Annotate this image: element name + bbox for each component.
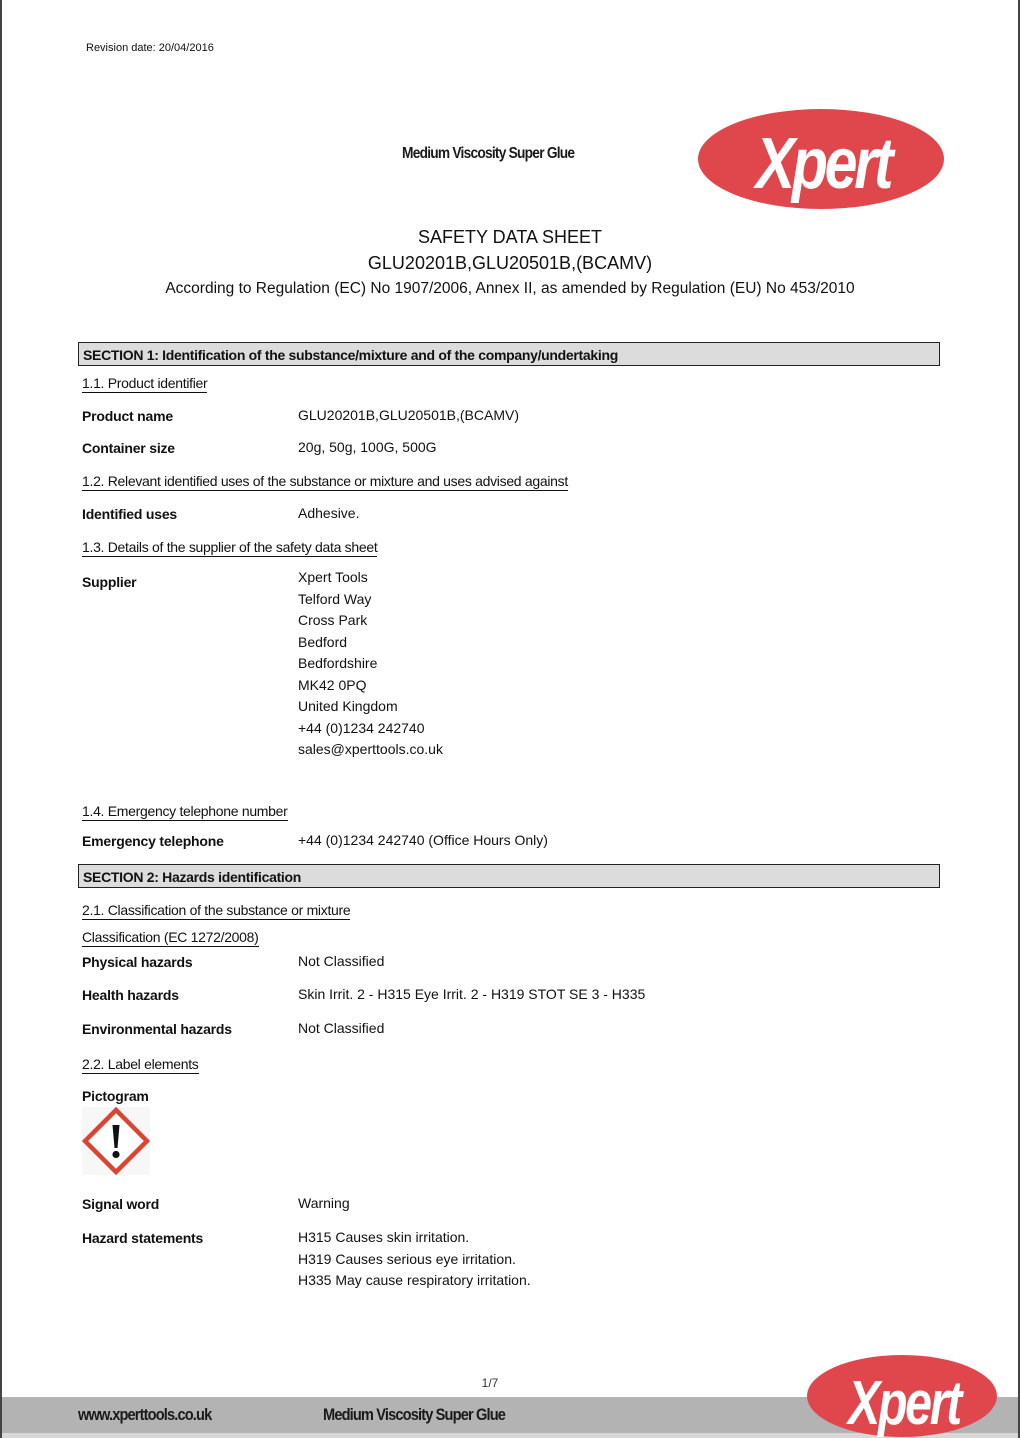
classification-heading: Classification (EC 1272/2008): [82, 929, 259, 947]
subsection-2-2-heading: 2.2. Label elements: [82, 1056, 199, 1074]
hazard-statements-list: H315 Causes skin irritation.H319 Causes …: [298, 1227, 531, 1292]
hazard-statement: H319 Causes serious eye irritation.: [298, 1249, 531, 1271]
subsection-2-1-heading: 2.1. Classification of the substance or …: [82, 902, 350, 920]
regulation-reference: According to Regulation (EC) No 1907/200…: [0, 280, 1020, 298]
footer-website-link[interactable]: www.xperttools.co.uk: [78, 1405, 211, 1425]
subsection-1-1-heading: 1.1. Product identifier: [82, 375, 207, 393]
supplier-address-line: +44 (0)1234 242740: [298, 718, 443, 740]
signal-word-label: Signal word: [82, 1196, 159, 1212]
pictogram-label: Pictogram: [82, 1088, 149, 1104]
supplier-address-line: MK42 0PQ: [298, 675, 443, 697]
footer-product-title: Medium Viscosity Super Glue: [323, 1405, 505, 1425]
page-border-left: [0, 0, 2, 1438]
identified-uses-value: Adhesive.: [298, 503, 359, 525]
supplier-address: Xpert ToolsTelford WayCross ParkBedfordB…: [298, 567, 443, 761]
supplier-address-line: Xpert Tools: [298, 567, 443, 589]
svg-text:Xpert: Xpert: [845, 1368, 964, 1437]
supplier-address-line: Bedfordshire: [298, 653, 443, 675]
emergency-telephone-value: +44 (0)1234 242740 (Office Hours Only): [298, 830, 548, 852]
identified-uses-label: Identified uses: [82, 506, 177, 522]
physical-hazards-label: Physical hazards: [82, 954, 192, 970]
hazard-statements-label: Hazard statements: [82, 1230, 203, 1246]
subsection-1-2-heading: 1.2. Relevant identified uses of the sub…: [82, 473, 568, 491]
supplier-address-line: Telford Way: [298, 589, 443, 611]
environmental-hazards-value: Not Classified: [298, 1018, 384, 1040]
product-codes: GLU20201B,GLU20501B,(BCAMV): [0, 253, 1020, 274]
signal-word-value: Warning: [298, 1193, 350, 1215]
section-1-header: SECTION 1: Identification of the substan…: [78, 342, 940, 366]
header-product-title: Medium Viscosity Super Glue: [402, 145, 574, 163]
physical-hazards-value: Not Classified: [298, 951, 384, 973]
container-size-value: 20g, 50g, 100G, 500G: [298, 437, 437, 459]
container-size-label: Container size: [82, 440, 175, 456]
product-name-value: GLU20201B,GLU20501B,(BCAMV): [298, 405, 519, 427]
supplier-address-line: sales@xperttools.co.uk: [298, 739, 443, 761]
xpert-logo: Xpert: [697, 108, 945, 210]
emergency-telephone-label: Emergency telephone: [82, 833, 224, 849]
supplier-address-line: Bedford: [298, 632, 443, 654]
subsection-1-4-heading: 1.4. Emergency telephone number: [82, 803, 288, 821]
hazard-statement: H315 Causes skin irritation.: [298, 1227, 531, 1249]
subsection-1-3-heading: 1.3. Details of the supplier of the safe…: [82, 539, 377, 557]
document-title: SAFETY DATA SHEET: [0, 227, 1020, 248]
health-hazards-value: Skin Irrit. 2 - H315 Eye Irrit. 2 - H319…: [298, 984, 645, 1006]
svg-text:Xpert: Xpert: [752, 122, 896, 203]
environmental-hazards-label: Environmental hazards: [82, 1021, 232, 1037]
revision-date: Revision date: 20/04/2016: [86, 42, 214, 54]
product-name-label: Product name: [82, 408, 173, 424]
supplier-address-line: Cross Park: [298, 610, 443, 632]
hazard-statement: H335 May cause respiratory irritation.: [298, 1270, 531, 1292]
ghs07-exclamation-mark-icon: [82, 1107, 150, 1175]
supplier-address-line: United Kingdom: [298, 696, 443, 718]
section-2-header: SECTION 2: Hazards identification: [78, 864, 940, 888]
supplier-label: Supplier: [82, 574, 136, 590]
xpert-logo-footer: Xpert: [806, 1354, 998, 1438]
health-hazards-label: Health hazards: [82, 987, 179, 1003]
